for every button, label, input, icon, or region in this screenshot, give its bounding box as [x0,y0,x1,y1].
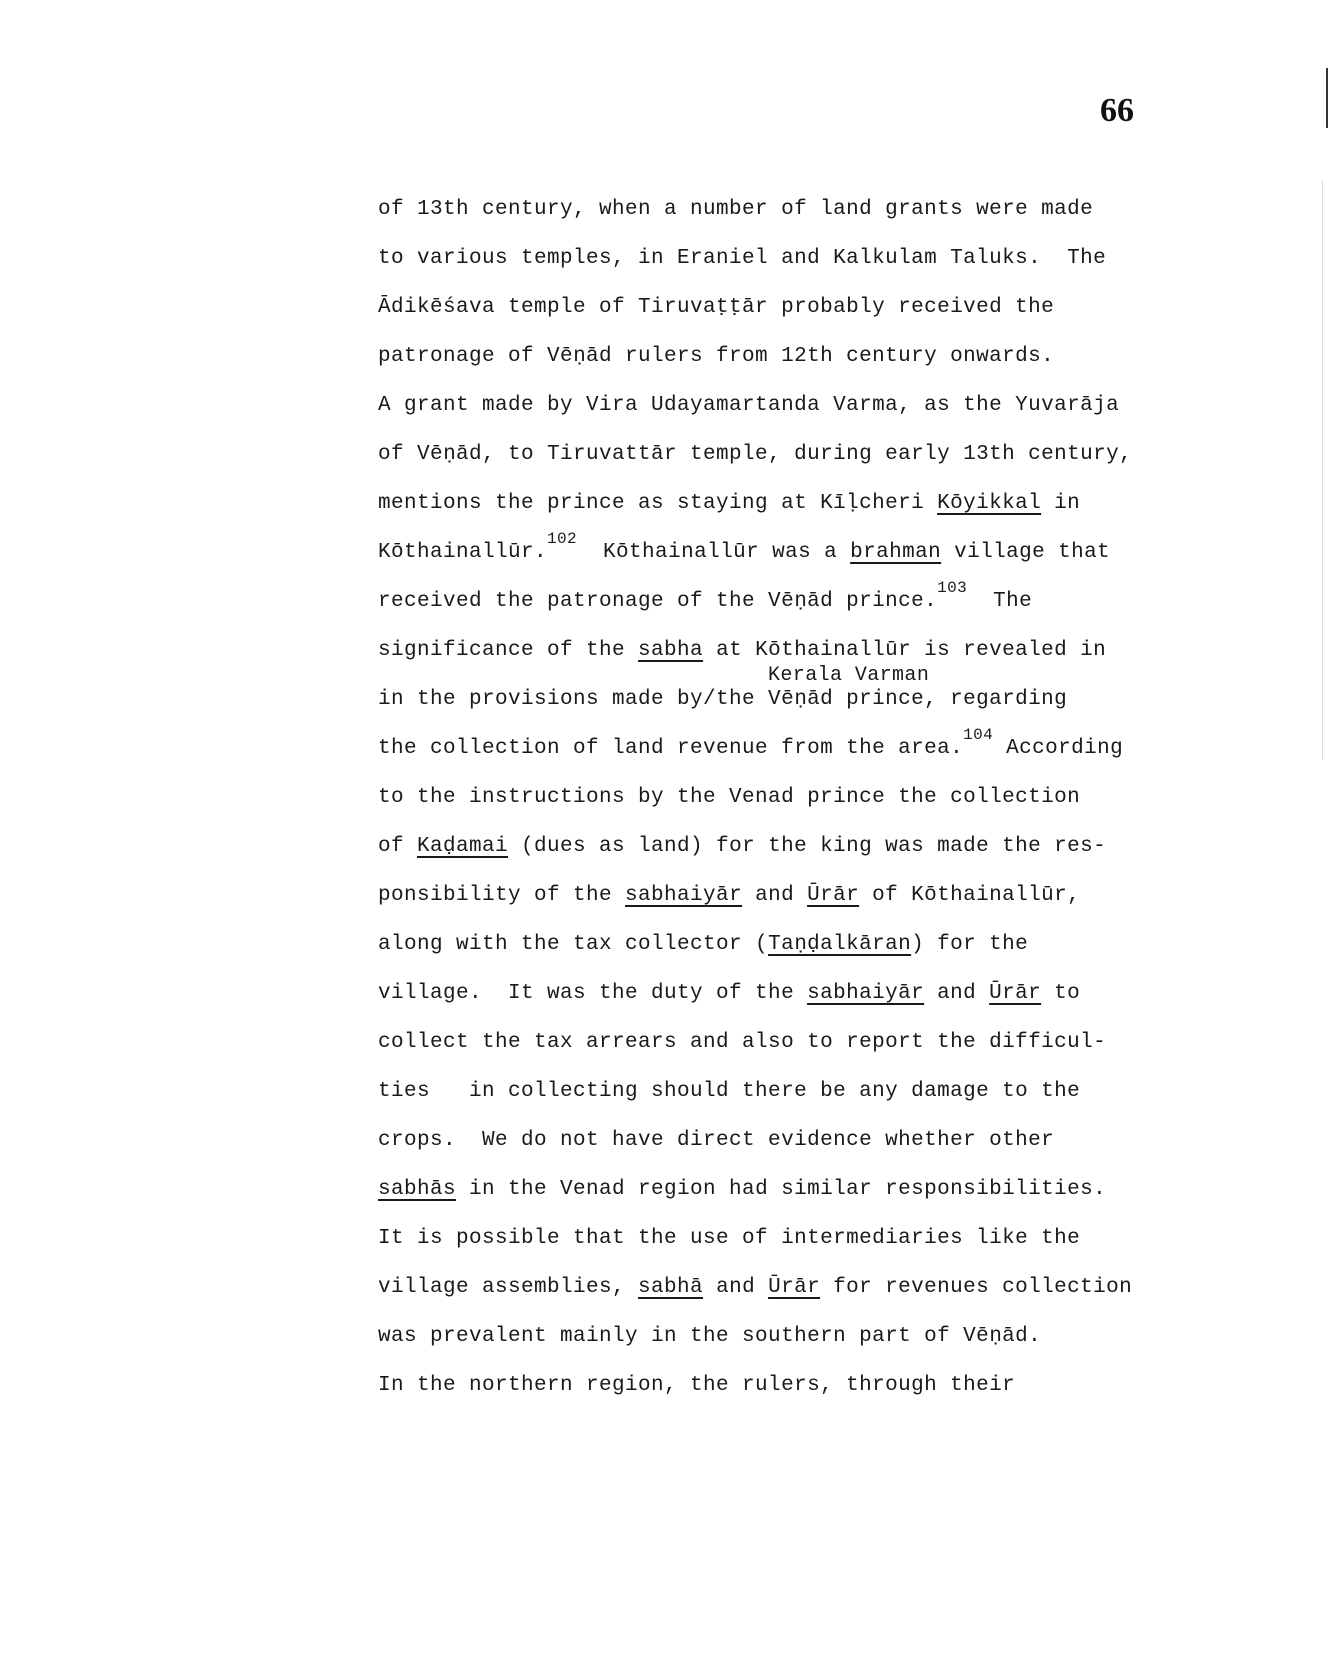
text-segment: It is possible that the use of intermedi… [378,1227,1080,1250]
text-segment: received the patronage of the Vēṇād prin… [378,590,937,613]
underlined-term: sabhā [638,1276,703,1299]
text-segment: in [1041,492,1080,515]
text-segment: ponsibility of the [378,884,625,907]
text-segment: in the provisions made by/the Vēṇād prin… [378,688,1067,711]
underlined-term: sabhaiyār [625,884,742,907]
underlined-term: Kōyikkal [937,492,1041,515]
text-segment: village assemblies, [378,1276,638,1299]
text-line: Kōthainallūr.102 Kōthainallūr was a brah… [378,533,1258,582]
text-segment: village that [941,541,1110,564]
text-line: patronage of Vēṇād rulers from 12th cent… [378,337,1258,386]
text-line: sabhās in the Venad region had similar r… [378,1170,1258,1219]
text-segment: to the instructions by the Venad prince … [378,786,1080,809]
footnote-ref: 104 [963,726,993,744]
text-segment: In the northern region, the rulers, thro… [378,1374,1015,1397]
text-line: was prevalent mainly in the southern par… [378,1317,1258,1366]
text-line: of Vēṇād, to Tiruvattār temple, during e… [378,435,1258,484]
text-line: of Kaḍamai (dues as land) for the king w… [378,827,1258,876]
text-segment: to various temples, in Eraniel and Kalku… [378,247,1106,270]
text-segment: significance of the [378,639,638,662]
text-segment: Ādikēśava temple of Tiruvaṭṭār probably … [378,296,1054,319]
footnote-ref: 103 [937,579,967,597]
text-line: Ādikēśava temple of Tiruvaṭṭār probably … [378,288,1258,337]
text-segment: at Kōthainallūr is revealed in [703,639,1106,662]
text-segment: of Kōthainallūr, [859,884,1080,907]
scan-edge-shadow [1322,180,1323,760]
text-line: to various temples, in Eraniel and Kalku… [378,239,1258,288]
text-segment: crops. We do not have direct evidence wh… [378,1129,1054,1152]
underlined-term: Kaḍamai [417,835,508,858]
text-segment: The [967,590,1032,613]
text-line: village assemblies, sabhā and Ūrār for r… [378,1268,1258,1317]
text-line: crops. We do not have direct evidence wh… [378,1121,1258,1170]
text-line: In the northern region, the rulers, thro… [378,1366,1258,1415]
text-segment: patronage of Vēṇād rulers from 12th cent… [378,345,1054,368]
text-segment: of Vēṇād, to Tiruvattār temple, during e… [378,443,1132,466]
text-segment: collect the tax arrears and also to repo… [378,1031,1106,1054]
text-segment: in the Venad region had similar responsi… [456,1178,1106,1201]
text-line: mentions the prince as staying at Kīḷche… [378,484,1258,533]
text-segment: ties in collecting should there be any d… [378,1080,1080,1103]
text-line: village. It was the duty of the sabhaiyā… [378,974,1258,1023]
underlined-term: Ūrār [768,1276,820,1299]
underlined-term: brahman [850,541,941,564]
text-segment: and [703,1276,768,1299]
text-segment: ) for the [911,933,1028,956]
underlined-term: sabha [638,639,703,662]
text-segment: mentions the prince as staying at Kīḷche… [378,492,937,515]
text-line: in the provisions made by/the Vēṇād prin… [378,680,1258,729]
text-segment: and [924,982,989,1005]
text-line: It is possible that the use of intermedi… [378,1219,1258,1268]
underlined-term: Ūrār [989,982,1041,1005]
footnote-ref: 102 [547,530,577,548]
text-segment: Kōthainallūr. [378,541,547,564]
text-segment: of 13th century, when a number of land g… [378,198,1093,221]
text-segment: was prevalent mainly in the southern par… [378,1325,1041,1348]
text-segment: (dues as land) for the king was made the… [508,835,1106,858]
text-line: the collection of land revenue from the … [378,729,1258,778]
text-line: of 13th century, when a number of land g… [378,190,1258,239]
text-segment: for revenues collection [820,1276,1132,1299]
underlined-term: sabhās [378,1178,456,1201]
body-text: of 13th century, when a number of land g… [378,190,1258,1415]
text-line: ponsibility of the sabhaiyār and Ūrār of… [378,876,1258,925]
text-segment: village. It was the duty of the [378,982,807,1005]
scan-edge-mark [1326,68,1328,128]
text-segment: to [1041,982,1080,1005]
text-segment: and [742,884,807,907]
underlined-term: Ūrār [807,884,859,907]
page-number: 66 [1100,92,1134,130]
text-segment: of [378,835,417,858]
text-line: to the instructions by the Venad prince … [378,778,1258,827]
text-line: along with the tax collector (Taṇḍalkāra… [378,925,1258,974]
text-line: received the patronage of the Vēṇād prin… [378,582,1258,631]
underlined-term: sabhaiyār [807,982,924,1005]
underlined-term: Taṇḍalkāran [768,933,911,956]
text-line: A grant made by Vira Udayamartanda Varma… [378,386,1258,435]
text-line: ties in collecting should there be any d… [378,1072,1258,1121]
handwritten-insertion: Kerala Varman [768,666,929,686]
text-segment: along with the tax collector ( [378,933,768,956]
text-segment: According [993,737,1123,760]
text-line: collect the tax arrears and also to repo… [378,1023,1258,1072]
text-segment: the collection of land revenue from the … [378,737,963,760]
text-segment: A grant made by Vira Udayamartanda Varma… [378,394,1119,417]
text-segment: Kōthainallūr was a [577,541,850,564]
